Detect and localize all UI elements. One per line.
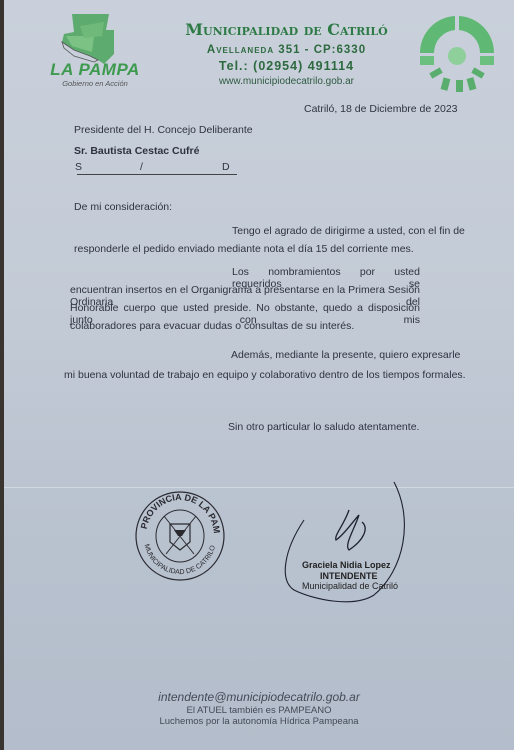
letter-date: Catriló, 18 de Diciembre de 2023 <box>304 103 458 115</box>
closing: Sin otro particular lo saludo atentament… <box>228 421 419 433</box>
paper-fold <box>4 487 514 488</box>
signer-org: Municipalidad de Catriló <box>302 581 398 591</box>
la-pampa-subtitle: Gobierno en Acción <box>40 79 150 88</box>
sd-d: D <box>222 161 230 173</box>
signer-name: Graciela Nidia Lopez <box>302 560 391 570</box>
signer-role: INTENDENTE <box>320 571 378 581</box>
municipality-title: Municipalidad de Catriló <box>174 20 399 39</box>
paragraph-3-line: mi buena voluntad de trabajo en equipo y… <box>64 369 466 381</box>
municipality-address: Avellaneda 351 - CP:6330 <box>174 44 399 56</box>
paragraph-1-first-line: Tengo el agrado de dirigirme a usted, co… <box>232 225 465 237</box>
catrilo-sun-emblem-icon <box>412 8 502 98</box>
sd-underline <box>77 161 237 175</box>
footer-line-2: Luchemos por la autonomía Hídrica Pampea… <box>104 716 414 727</box>
paragraph-2-line: colaboradores para evacuar dudas o consu… <box>70 320 354 332</box>
paragraph-1-line: responderle el pedido enviado mediante n… <box>74 243 414 255</box>
greeting: De mi consideración: <box>74 201 172 213</box>
municipality-website: www.municipiodecatrilo.gob.ar <box>174 76 399 87</box>
recipient-name: Sr. Bautista Cestac Cufré <box>74 145 199 157</box>
footer-line-1: El ATUEL también es PAMPEANO <box>104 705 414 716</box>
footer-email: intendente@municipiodecatrilo.gob.ar <box>104 690 414 704</box>
paragraph-3-first-line: Además, mediante la presente, quiero exp… <box>231 349 460 361</box>
official-seal-icon: PROVINCIA DE LA PAMPA MUNICIPALIDAD DE C… <box>132 486 228 582</box>
sd-slash: / <box>140 161 143 173</box>
recipient-title: Presidente del H. Concejo Deliberante <box>74 124 253 136</box>
municipality-phone: Tel.: (02954) 491114 <box>174 59 399 73</box>
letter-page: LA PAMPA Gobierno en Acción Municipalida… <box>4 0 514 750</box>
sd-s: S <box>75 161 82 173</box>
la-pampa-title: LA PAMPA <box>40 60 150 80</box>
